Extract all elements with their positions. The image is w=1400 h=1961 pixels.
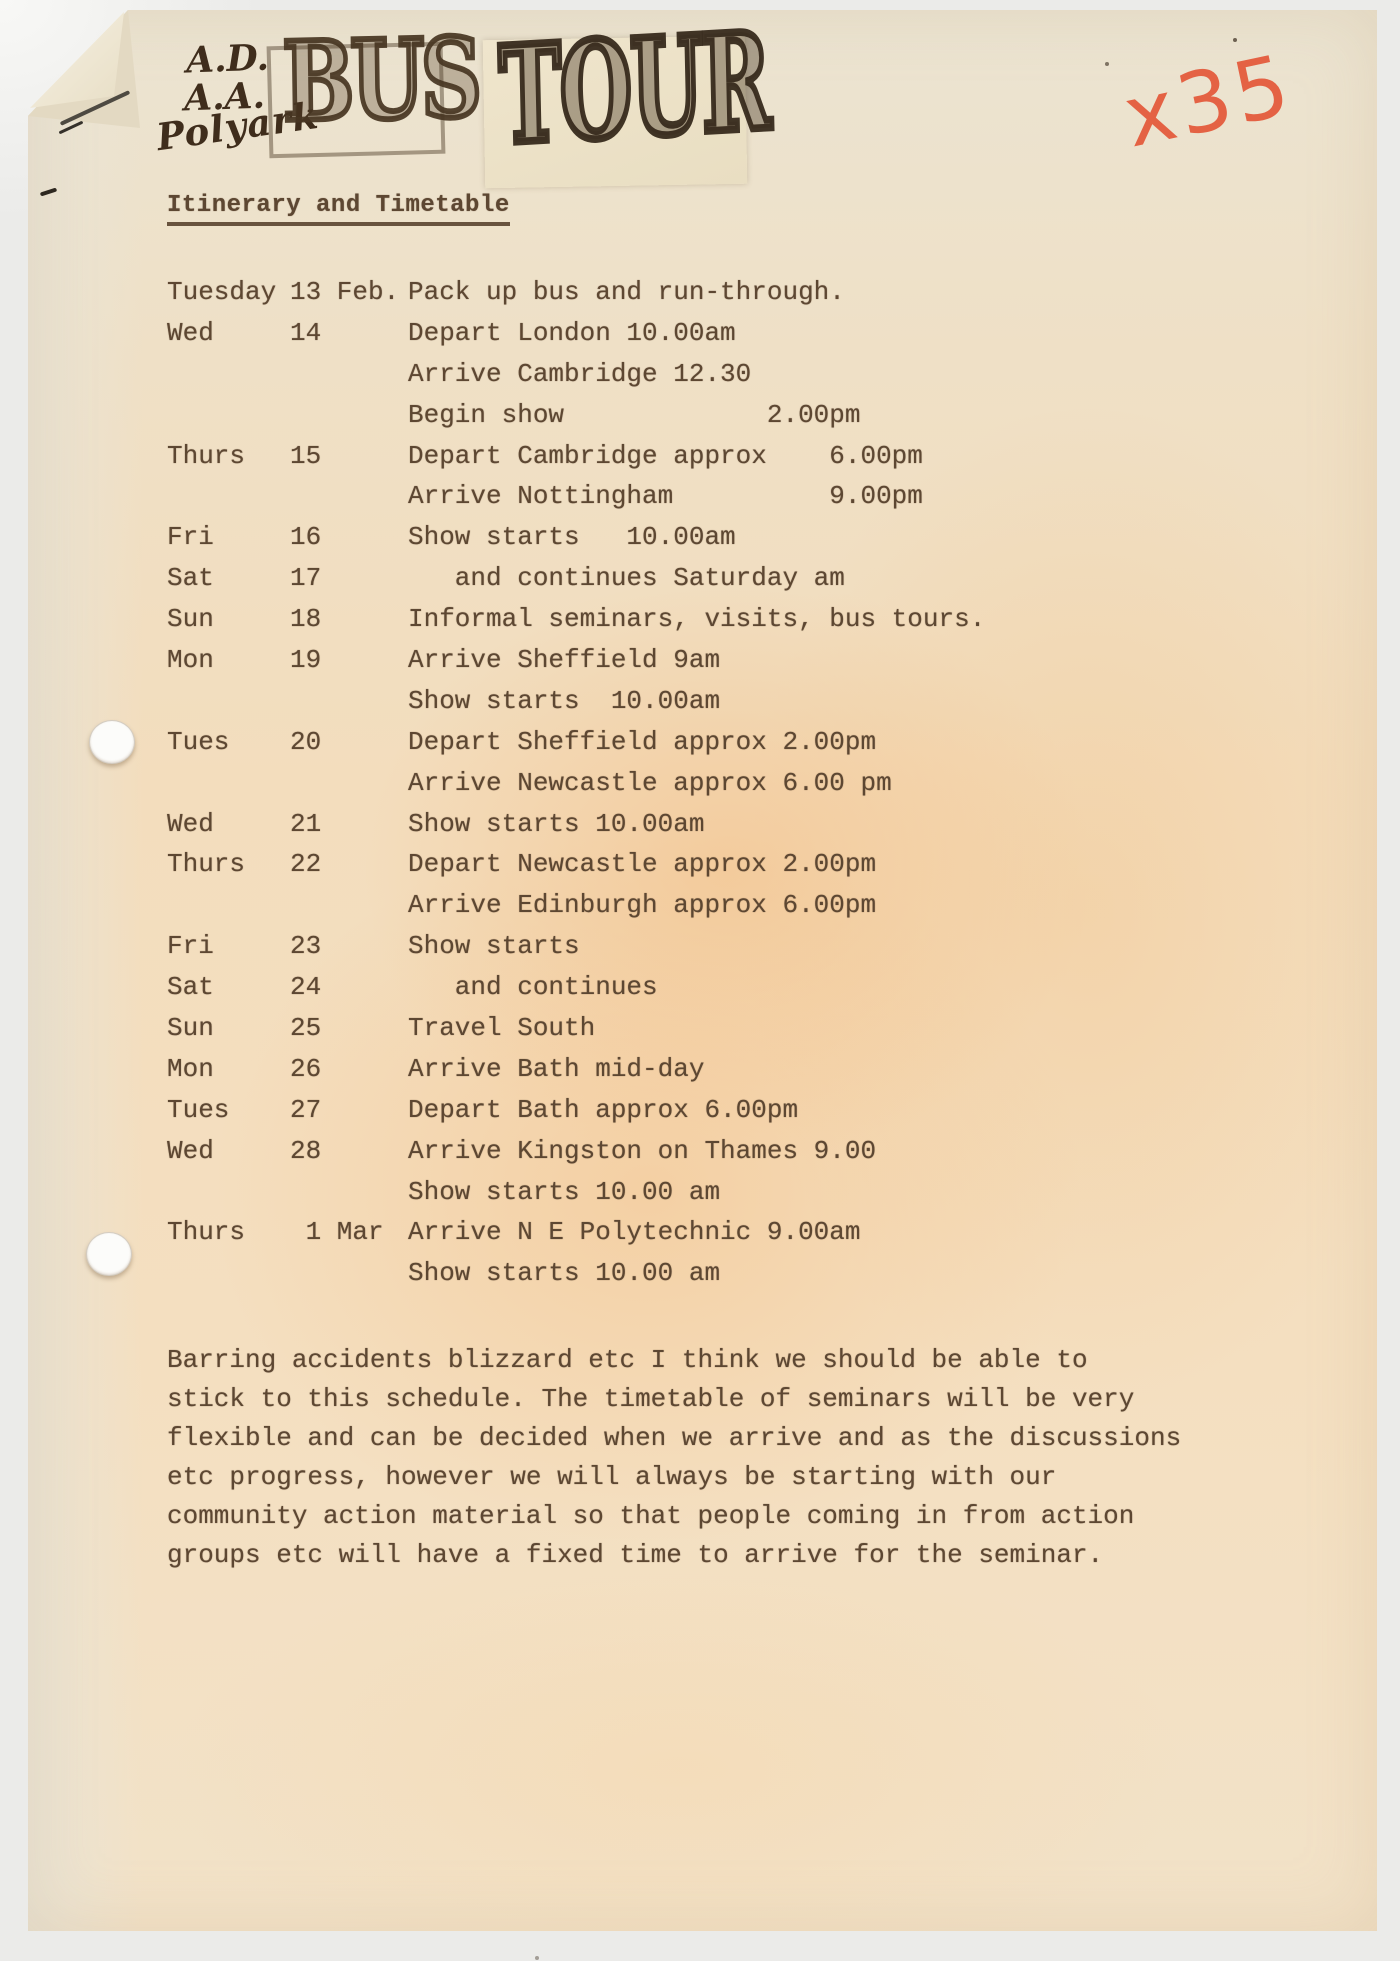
timetable-row: Fri23Show starts [167,926,1267,967]
timetable-row: Begin show 2.00pm [167,395,1267,436]
row-description: Depart London 10.00am [408,313,736,354]
row-description: Arrive Cambridge 12.30 [408,354,751,395]
stamp-word-tour: TOUR [498,15,770,163]
row-description: Depart Bath approx 6.00pm [408,1090,798,1131]
row-description: Begin show 2.00pm [408,395,860,436]
row-day: Sun [167,599,214,640]
row-day: Tues [167,722,229,763]
row-day: Sun [167,1008,214,1049]
row-date: 27 [290,1090,321,1131]
timetable-row: Fri16Show starts 10.00am [167,517,1267,558]
note-line: groups etc will have a fixed time to arr… [167,1536,1227,1575]
row-date: 18 [290,599,321,640]
timetable-row: Show starts 10.00am [167,681,1267,722]
row-day: Wed [167,1131,214,1172]
row-description: Depart Cambridge approx 6.00pm [408,436,923,477]
row-day: Mon [167,640,214,681]
row-description: Depart Sheffield approx 2.00pm [408,722,876,763]
row-description: Show starts 10.00am [408,517,736,558]
row-date: 14 [290,313,321,354]
row-day: Thurs [167,436,245,477]
timetable-row: Tuesday13 Feb.Pack up bus and run-throug… [167,272,1267,313]
row-description: Depart Newcastle approx 2.00pm [408,844,876,885]
timetable-row: Tues27Depart Bath approx 6.00pm [167,1090,1267,1131]
document-scan: A.D. A.A. Polyark BUS TOUR x35 Itinerary… [0,0,1400,1961]
row-description: Show starts 10.00am [408,804,704,845]
timetable-rows: Tuesday13 Feb.Pack up bus and run-throug… [167,272,1267,1294]
row-description: Arrive Newcastle approx 6.00 pm [408,763,892,804]
timetable-row: Arrive Cambridge 12.30 [167,354,1267,395]
row-day: Mon [167,1049,214,1090]
row-date: 19 [290,640,321,681]
timetable-row: Arrive Newcastle approx 6.00 pm [167,763,1267,804]
timetable-row: Thurs22Depart Newcastle approx 2.00pm [167,844,1267,885]
row-day: Tues [167,1090,229,1131]
row-date: 28 [290,1131,321,1172]
stamp-word-bus: BUS [282,24,479,137]
timetable-row: Thurs15Depart Cambridge approx 6.00pm [167,436,1267,477]
row-description: Arrive Kingston on Thames 9.00 [408,1131,876,1172]
row-date: 25 [290,1008,321,1049]
row-description: and continues Saturday am [408,558,845,599]
note-line: flexible and can be decided when we arri… [167,1419,1227,1458]
timetable-row: Show starts 10.00 am [167,1172,1267,1213]
timetable-row: Show starts 10.00 am [167,1253,1267,1294]
row-day: Tuesday [167,272,276,313]
punch-hole-bottom [86,1232,132,1276]
row-description: and continues [408,967,658,1008]
row-date: 17 [290,558,321,599]
timetable-row: Sun18Informal seminars, visits, bus tour… [167,599,1267,640]
timetable-row: Arrive Nottingham 9.00pm [167,476,1267,517]
row-description: Arrive Sheffield 9am [408,640,720,681]
timetable-row: Wed21Show starts 10.00am [167,804,1267,845]
row-description: Show starts 10.00am [408,681,720,722]
row-date: 22 [290,844,321,885]
row-date: 1 Mar [290,1212,384,1253]
note-line: Barring accidents blizzard etc I think w… [167,1341,1227,1380]
row-day: Thurs [167,844,245,885]
notes-paragraph: Barring accidents blizzard etc I think w… [167,1341,1227,1575]
timetable-row: Sat24 and continues [167,967,1267,1008]
row-date: 20 [290,722,321,763]
row-description: Travel South [408,1008,595,1049]
timetable-row: Mon19Arrive Sheffield 9am [167,640,1267,681]
document-heading: Itinerary and Timetable [167,192,510,226]
row-day: Sat [167,558,214,599]
timetable-row: Tues20Depart Sheffield approx 2.00pm [167,722,1267,763]
note-line: stick to this schedule. The timetable of… [167,1380,1227,1419]
punch-hole-top [89,720,135,764]
timetable-row: Arrive Edinburgh approx 6.00pm [167,885,1267,926]
timetable-row: Sun25Travel South [167,1008,1267,1049]
row-description: Informal seminars, visits, bus tours. [408,599,985,640]
row-date: 26 [290,1049,321,1090]
row-date: 15 [290,436,321,477]
row-date: 16 [290,517,321,558]
row-day: Wed [167,313,214,354]
row-date: 13 Feb. [290,272,399,313]
row-day: Wed [167,804,214,845]
note-line: etc progress, however we will always be … [167,1458,1227,1497]
row-day: Sat [167,967,214,1008]
row-description: Pack up bus and run-through. [408,272,845,313]
row-description: Arrive Bath mid-day [408,1049,704,1090]
timetable-row: Mon26Arrive Bath mid-day [167,1049,1267,1090]
timetable-row: Wed14Depart London 10.00am [167,313,1267,354]
row-description: Show starts 10.00 am [408,1253,720,1294]
row-description: Arrive N E Polytechnic 9.00am [408,1212,860,1253]
row-day: Fri [167,517,214,558]
row-day: Fri [167,926,214,967]
row-description: Arrive Edinburgh approx 6.00pm [408,885,876,926]
row-date: 24 [290,967,321,1008]
note-line: community action material so that people… [167,1497,1227,1536]
row-date: 21 [290,804,321,845]
timetable-row: Wed28Arrive Kingston on Thames 9.00 [167,1131,1267,1172]
row-date: 23 [290,926,321,967]
row-day: Thurs [167,1212,245,1253]
timetable-row: Thurs 1 MarArrive N E Polytechnic 9.00am [167,1212,1267,1253]
row-description: Show starts 10.00 am [408,1172,720,1213]
row-description: Show starts [408,926,580,967]
timetable-row: Sat17 and continues Saturday am [167,558,1267,599]
row-description: Arrive Nottingham 9.00pm [408,476,923,517]
